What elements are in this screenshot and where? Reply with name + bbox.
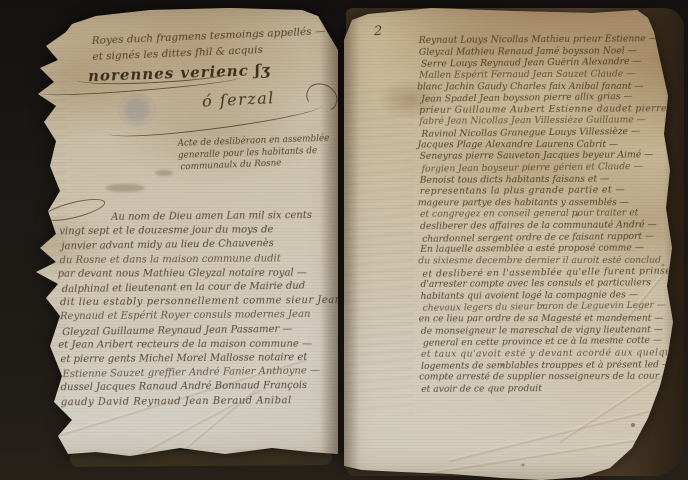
manuscript-photo: Royes duch fragmens tesmoings appellés —… <box>0 0 688 480</box>
manuscript-text-line: compte arresté de supplier nosseigneurs … <box>419 371 683 383</box>
archive-stamp-ghost <box>118 94 156 126</box>
signature-primary: norennes verienc ʃʒ <box>88 61 271 85</box>
manuscript-text-line: gaudy David Reynaud Jean Beraud Anibal <box>61 393 340 410</box>
paper-crease <box>395 436 654 480</box>
manuscript-text-line: Mallen Espérit Fernaud Jean Sauzet Claud… <box>419 68 681 81</box>
manuscript-text-line: Jacques Plage Alexandre Laurens Cabrit — <box>417 138 681 150</box>
manuscript-text-line: du Rosne et dans la maison commune dudit <box>60 251 340 268</box>
paper-crease <box>449 405 667 462</box>
notary-paraph-loop <box>303 80 340 115</box>
bleed-through-ghost <box>346 84 414 414</box>
page-number: 2 <box>374 24 383 39</box>
manuscript-page-right: 2 Reynaut Louys Nicollas Mathieu prieur … <box>342 4 688 480</box>
manuscript-text-line: mageure partye des habitants y assemblés… <box>418 196 682 208</box>
manuscript-text-line: dussel Jacques Ranaud André Bonnaud Fran… <box>61 379 340 396</box>
closing-lines-block: Royes duch fragmens tesmoings appellés —… <box>91 23 332 65</box>
manuscript-text-line: Reynaut Louys Nicollas Mathieu prieur Es… <box>419 33 681 46</box>
manuscript-page-left: Royes duch fragmens tesmoings appellés —… <box>10 6 340 464</box>
manuscript-text-line: representans la plus grande partie et — <box>420 184 682 197</box>
marginal-note-block: Acte de deslibéraon en assembléegenerall… <box>177 133 340 173</box>
ink-smudge <box>105 184 145 192</box>
signature-secondary: ó ſerzal <box>202 88 276 111</box>
manuscript-text-line: en ce lieu par ordre de sa Magesté et ma… <box>419 313 683 325</box>
ink-smudge <box>155 170 173 176</box>
left-body-block: Au nom de Dieu amen Lan mil six centsvin… <box>59 209 340 410</box>
right-body-block: Reynaut Louys Nicollas Mathieu prieur Es… <box>419 33 684 395</box>
pages-shadow-wrap: Royes duch fragmens tesmoings appellés —… <box>0 0 688 480</box>
manuscript-text-line: Au nom de Dieu amen Lan mil six cents <box>111 209 340 225</box>
manuscript-text-line: et avoir de ce que produit <box>421 382 683 395</box>
manuscript-text-line: et Jean Aribert recteurs de la maison co… <box>58 337 340 352</box>
